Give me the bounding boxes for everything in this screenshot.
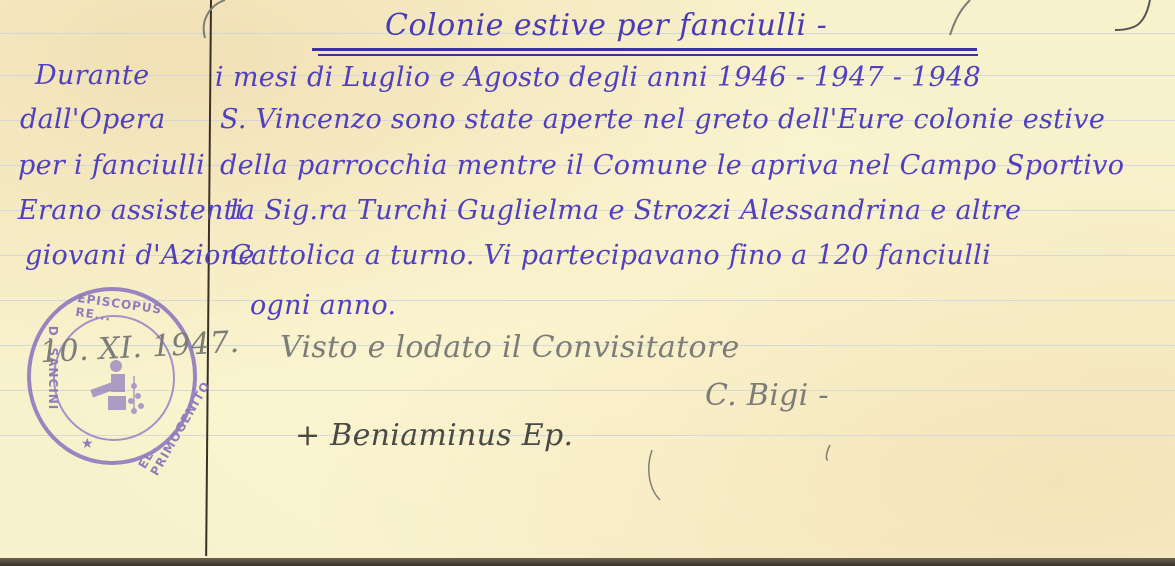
line-5-left: giovani d'Azione bbox=[25, 240, 255, 271]
title-underline bbox=[312, 48, 977, 51]
visitor-signature: C. Bigi - bbox=[705, 378, 829, 413]
line-2-right: S. Vincenzo sono state aperte nel greto … bbox=[220, 104, 1105, 135]
line-4-right: la Sig.ra Turchi Guglielma e Strozzi Ale… bbox=[230, 195, 1021, 226]
line-5-right: Cattolica a turno. Vi partecipavano fino… bbox=[230, 240, 991, 271]
line-6-right: ogni anno. bbox=[250, 290, 396, 321]
line-1-right: i mesi di Luglio e Agosto degli anni 194… bbox=[215, 62, 981, 93]
line-3-left: per i fanciulli bbox=[18, 150, 205, 181]
visit-note: Visto e lodato il Convisitatore bbox=[280, 330, 740, 365]
episcopal-stamp: EPISCOPUS RE... EL PRIMOGENITO D. SANCIN… bbox=[27, 287, 197, 465]
line-1-left: Durante bbox=[35, 60, 149, 91]
register-page: Colonie estive per fanciulli - Durante i… bbox=[0, 0, 1175, 566]
title-underline bbox=[318, 54, 978, 56]
line-3-right: della parrocchia mentre il Comune le apr… bbox=[220, 150, 1124, 181]
line-2-left: dall'Opera bbox=[20, 104, 165, 135]
pencil-descenders bbox=[0, 440, 1175, 510]
page-bottom-edge bbox=[0, 558, 1175, 566]
line-4-left: Erano assistenti bbox=[18, 195, 244, 226]
page-title: Colonie estive per fanciulli - bbox=[385, 8, 827, 43]
ruled-line bbox=[0, 300, 1175, 301]
